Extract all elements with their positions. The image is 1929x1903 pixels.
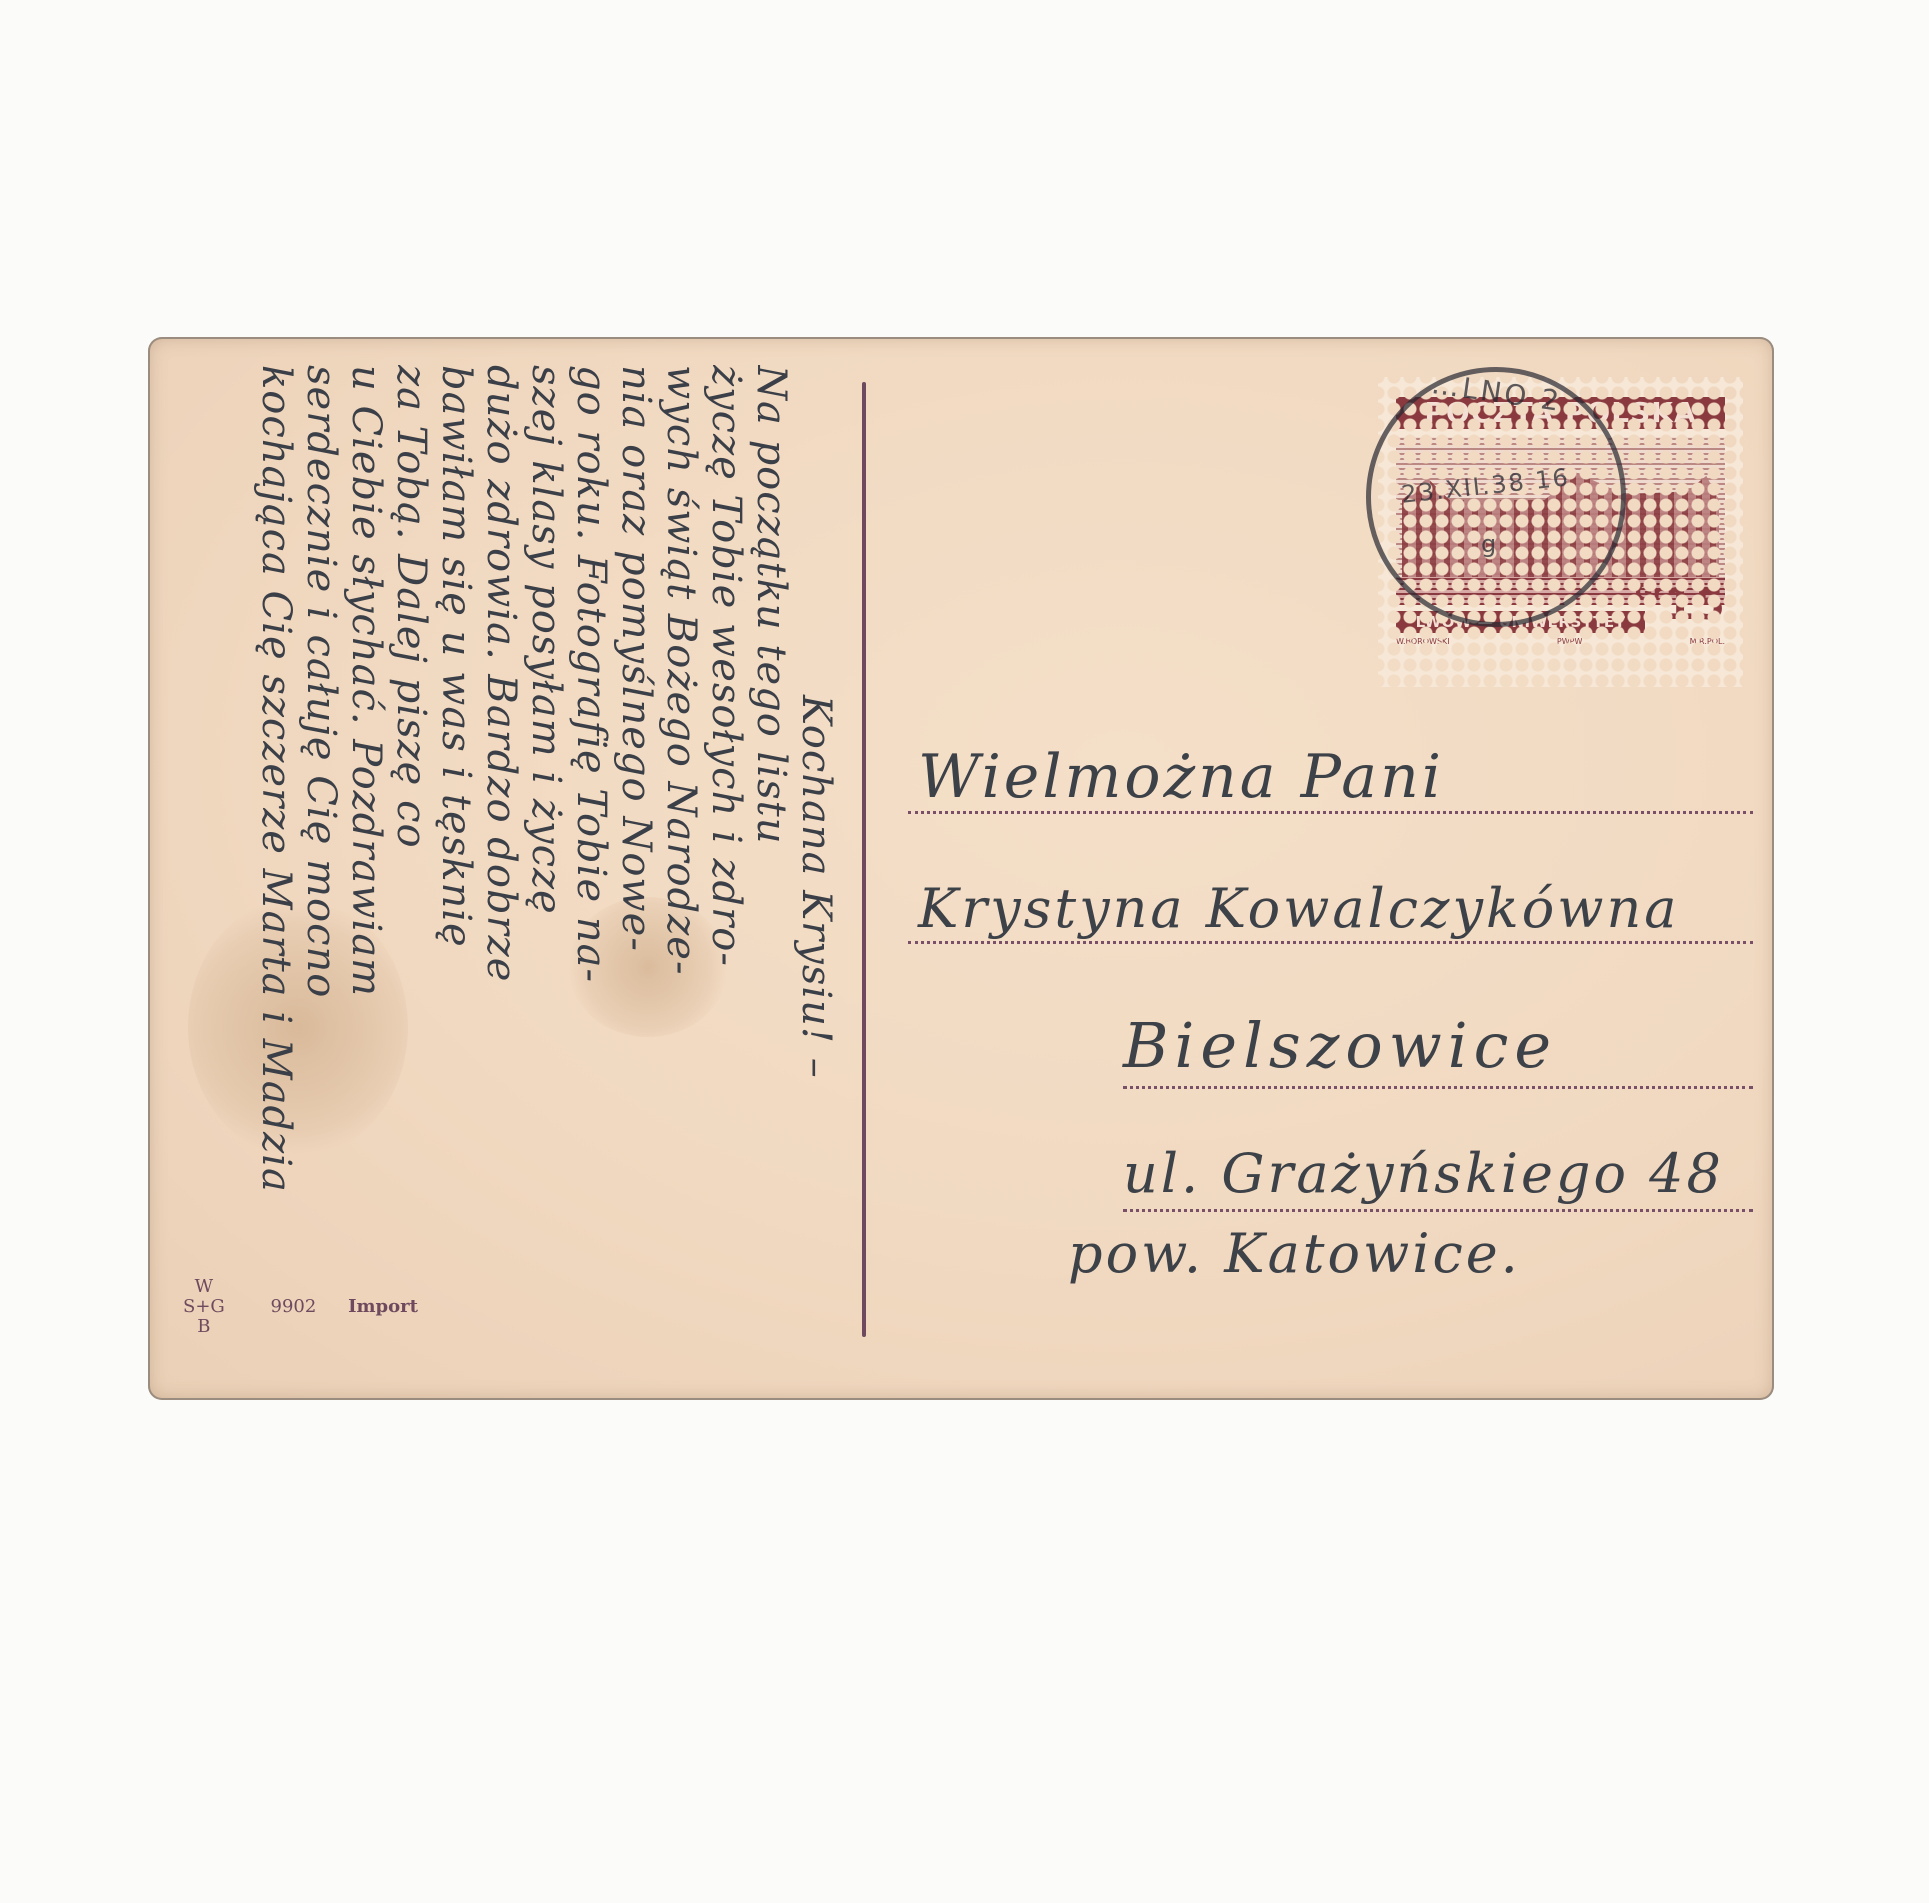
message-line: życzę Tobie wesołych i zdro- (703, 365, 748, 1345)
publisher-import-label: Import (348, 1296, 418, 1317)
address-salutation: Wielmożna Pani (918, 742, 1444, 812)
address-line-2 (908, 941, 1753, 944)
message-line: Na początku tego listu (748, 365, 793, 1345)
message-line: u Ciebie słychać. Pozdrawiam (343, 365, 388, 1345)
address-line-3 (1123, 1086, 1753, 1089)
monogram-bottom: B (197, 1316, 210, 1337)
message-line: bawiłam się u was i tęsknię (433, 365, 478, 1345)
address-line-1 (908, 811, 1753, 814)
address-district: pow. Katowice. (1068, 1222, 1521, 1285)
monogram-top: W (195, 1276, 214, 1297)
postmark-code: g (1481, 530, 1496, 558)
postmark-cancellation: …LNO 2 23.XII.38 16 g (1366, 367, 1626, 627)
center-divider (862, 382, 866, 1337)
handwritten-message: Kochana Krysiu! – Na początku tego listu… (178, 365, 838, 1345)
stamp-credits: W.BOROWSKI PWPW M.R.POL. (1396, 637, 1725, 646)
stamp-credit-designer: W.BOROWSKI (1396, 637, 1450, 646)
message-line: dużo zdrowia. Bardzo dobrze (478, 365, 523, 1345)
message-line: szej klasy posyłam i życzę (523, 365, 568, 1345)
address-street: ul. Grażyńskiego 48 (1123, 1142, 1724, 1205)
stamp-denomination: 15 (1664, 579, 1725, 630)
postmark-date: 23.XII.38 16 (1400, 463, 1571, 509)
message-signature: kochająca Cię szczerze Marta i Madzia (253, 365, 298, 1345)
stamp-currency: Gr (1635, 581, 1664, 606)
address-line-4 (1123, 1209, 1753, 1212)
message-line: nia oraz pomyślnego Nowe- (613, 365, 658, 1345)
message-line: go roku. Fotografię Tobie na- (568, 365, 613, 1345)
publisher-number: 9902 (271, 1296, 317, 1317)
postmark-town: …LNO 2 (1429, 367, 1564, 418)
monogram-middle: S+G (183, 1296, 225, 1317)
publisher-imprint: W S+G B 9902 Import (183, 1277, 418, 1337)
message-line: za Tobą. Dalej piszę co (388, 365, 433, 1345)
publisher-monogram: W S+G B (183, 1277, 225, 1337)
address-name: Krystyna Kowalczykówna (918, 877, 1679, 940)
address-town: Bielszowice (1123, 1009, 1557, 1082)
message-line: serdecznie i całuję Cię mocno (298, 365, 343, 1345)
stamp-value: Gr15 (1635, 583, 1725, 627)
message-greeting: Kochana Krysiu! – (793, 365, 838, 1345)
stamp-credit-engraver: M.R.POL. (1690, 637, 1725, 646)
message-line: wych świąt Bożego Narodze- (658, 365, 703, 1345)
postcard: Kochana Krysiu! – Na początku tego listu… (148, 337, 1774, 1400)
stamp-credit-printer: PWPW (1557, 637, 1582, 646)
